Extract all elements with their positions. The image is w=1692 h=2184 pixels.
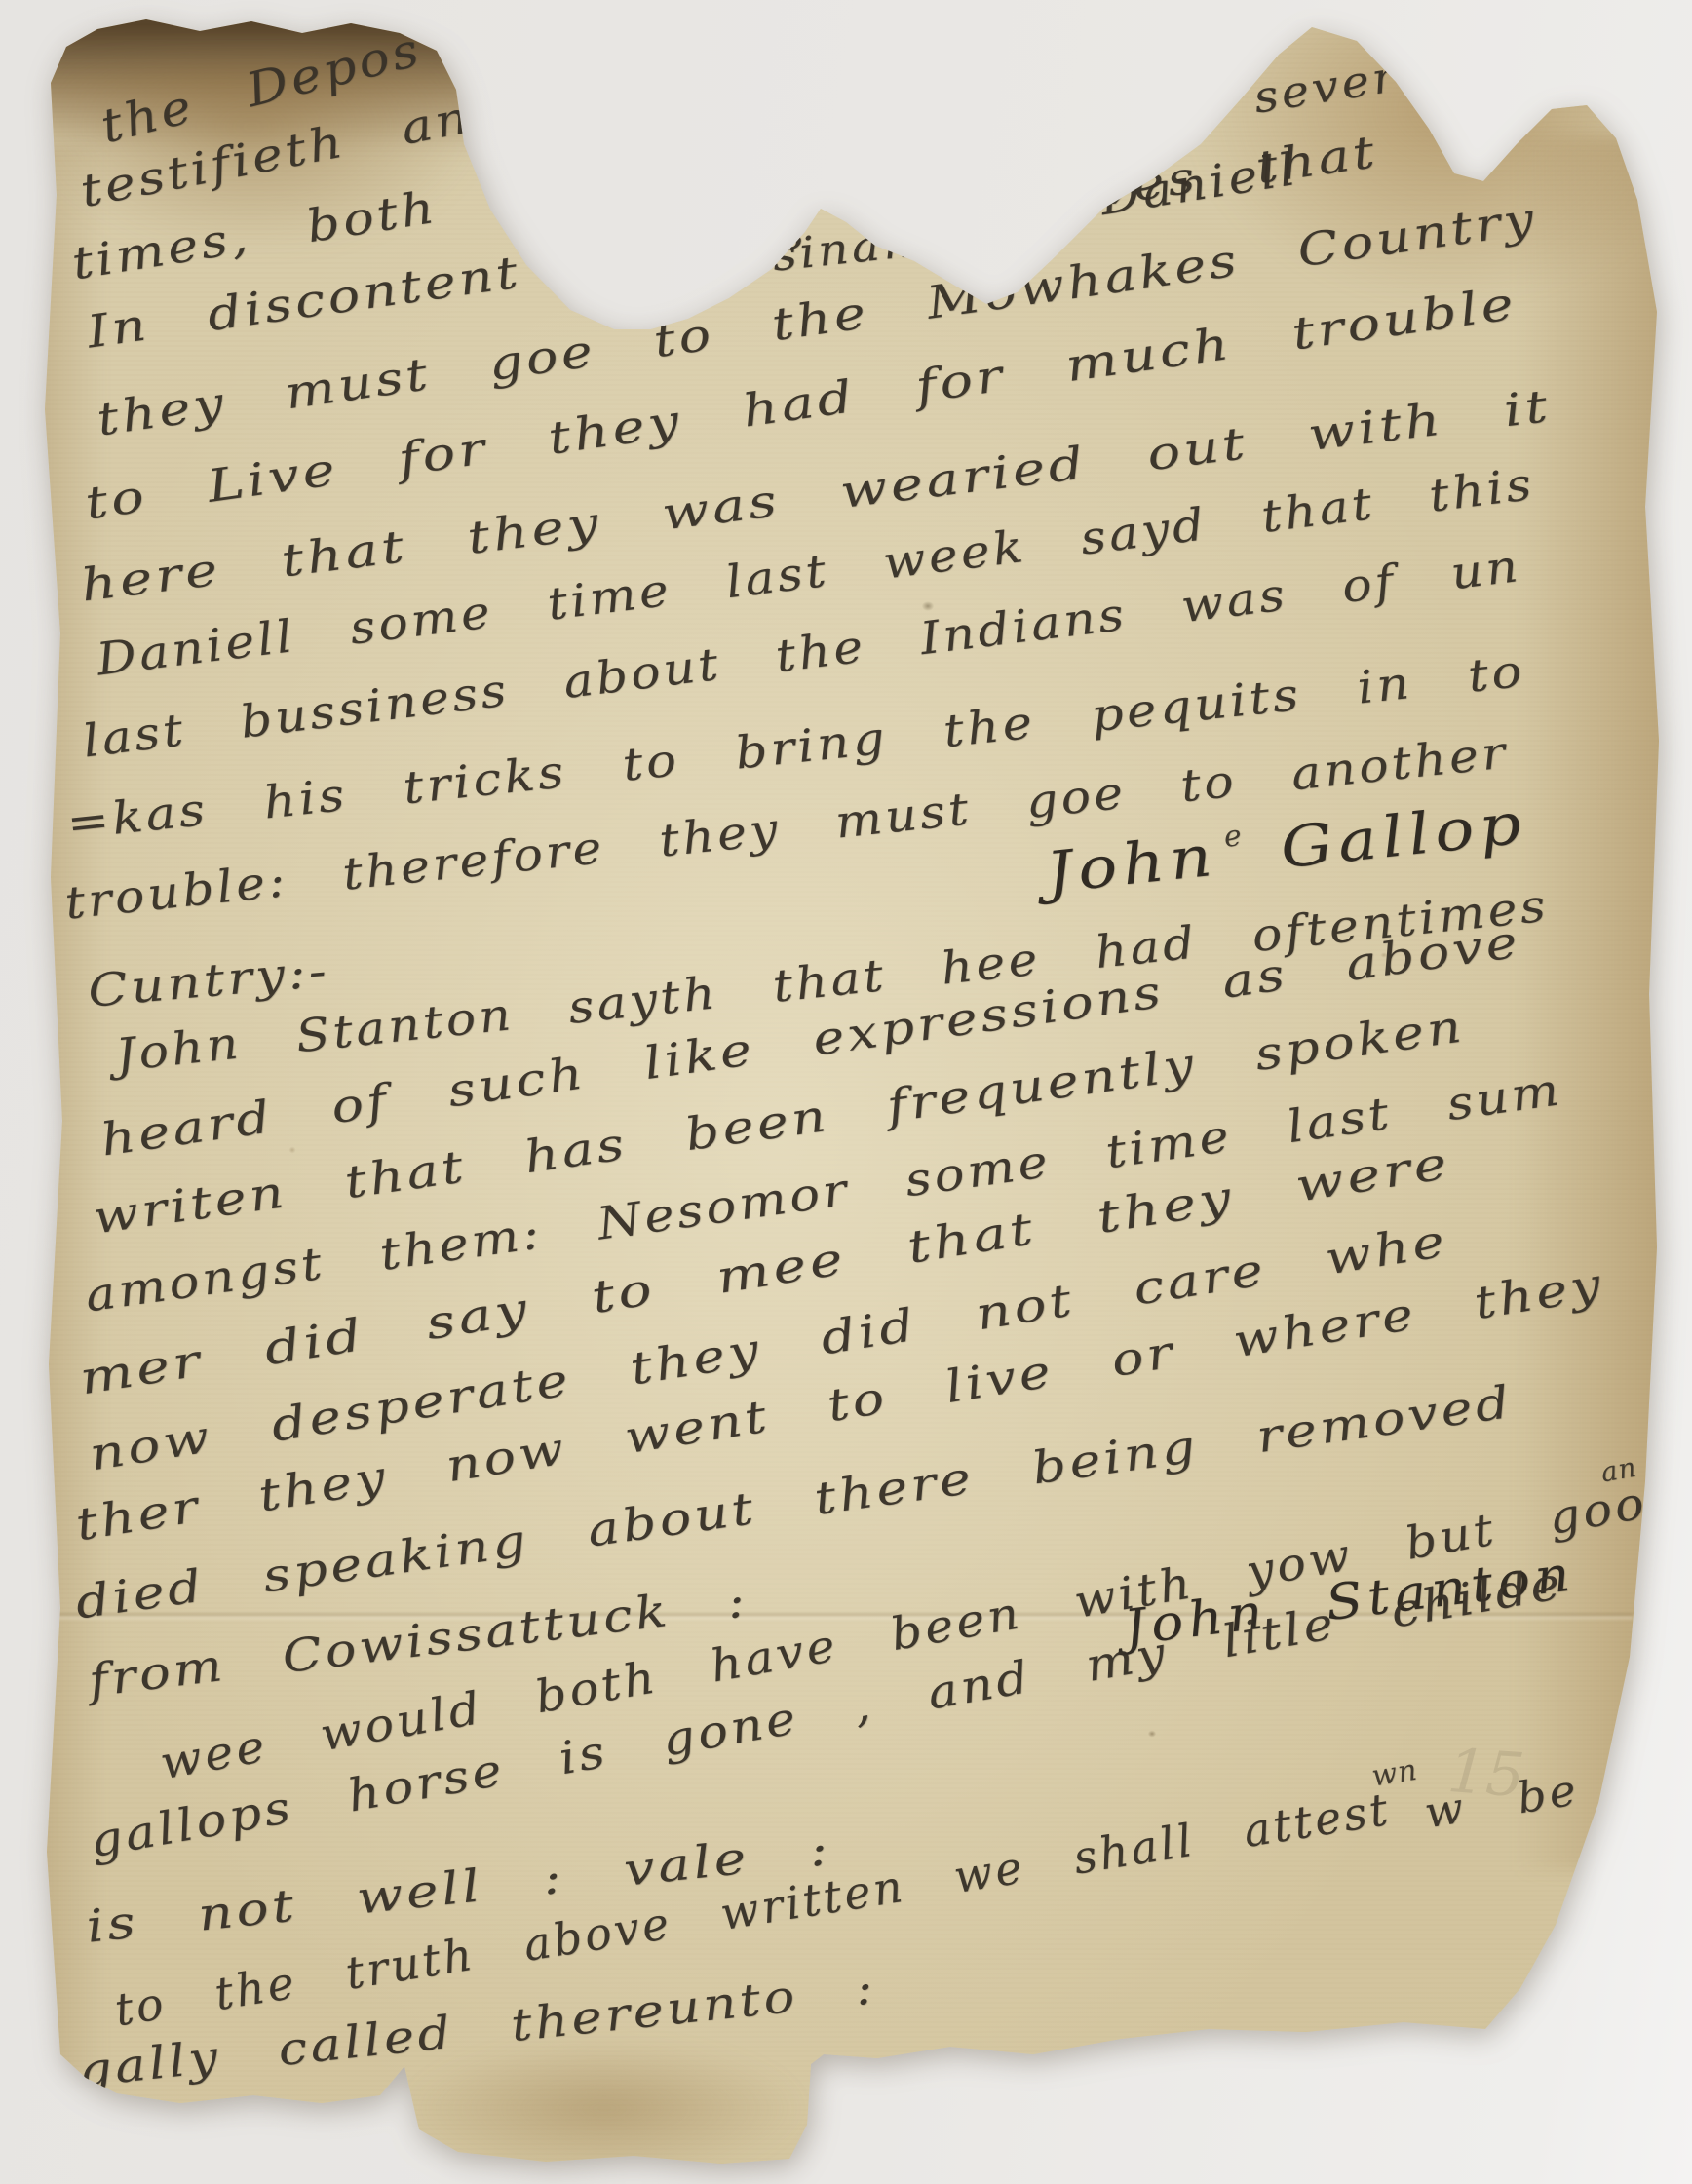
manuscript-line: wn — [1369, 1753, 1420, 1794]
manuscript-line: Senior — [1004, 33, 1178, 109]
scan-background: the DeposSeniorheard severalltestifieth … — [0, 0, 1692, 2184]
manuscript-line: Cuntry:- — [86, 943, 331, 1016]
manuscript-paper: the DeposSeniorheard severalltestifieth … — [0, 0, 1692, 2184]
paper-drop-shadow: the DeposSeniorheard severalltestifieth … — [0, 0, 1692, 2184]
page-number-ghost: 15 — [1445, 1735, 1527, 1811]
manuscript-line: an — [1598, 1451, 1639, 1489]
page-number-top-right: 15 — [1458, 15, 1536, 87]
manuscript-line: heard severall — [1043, 41, 1469, 156]
stain-left-edge — [27, 146, 105, 2076]
page-number-bottom-small: 18 — [255, 2113, 292, 2147]
